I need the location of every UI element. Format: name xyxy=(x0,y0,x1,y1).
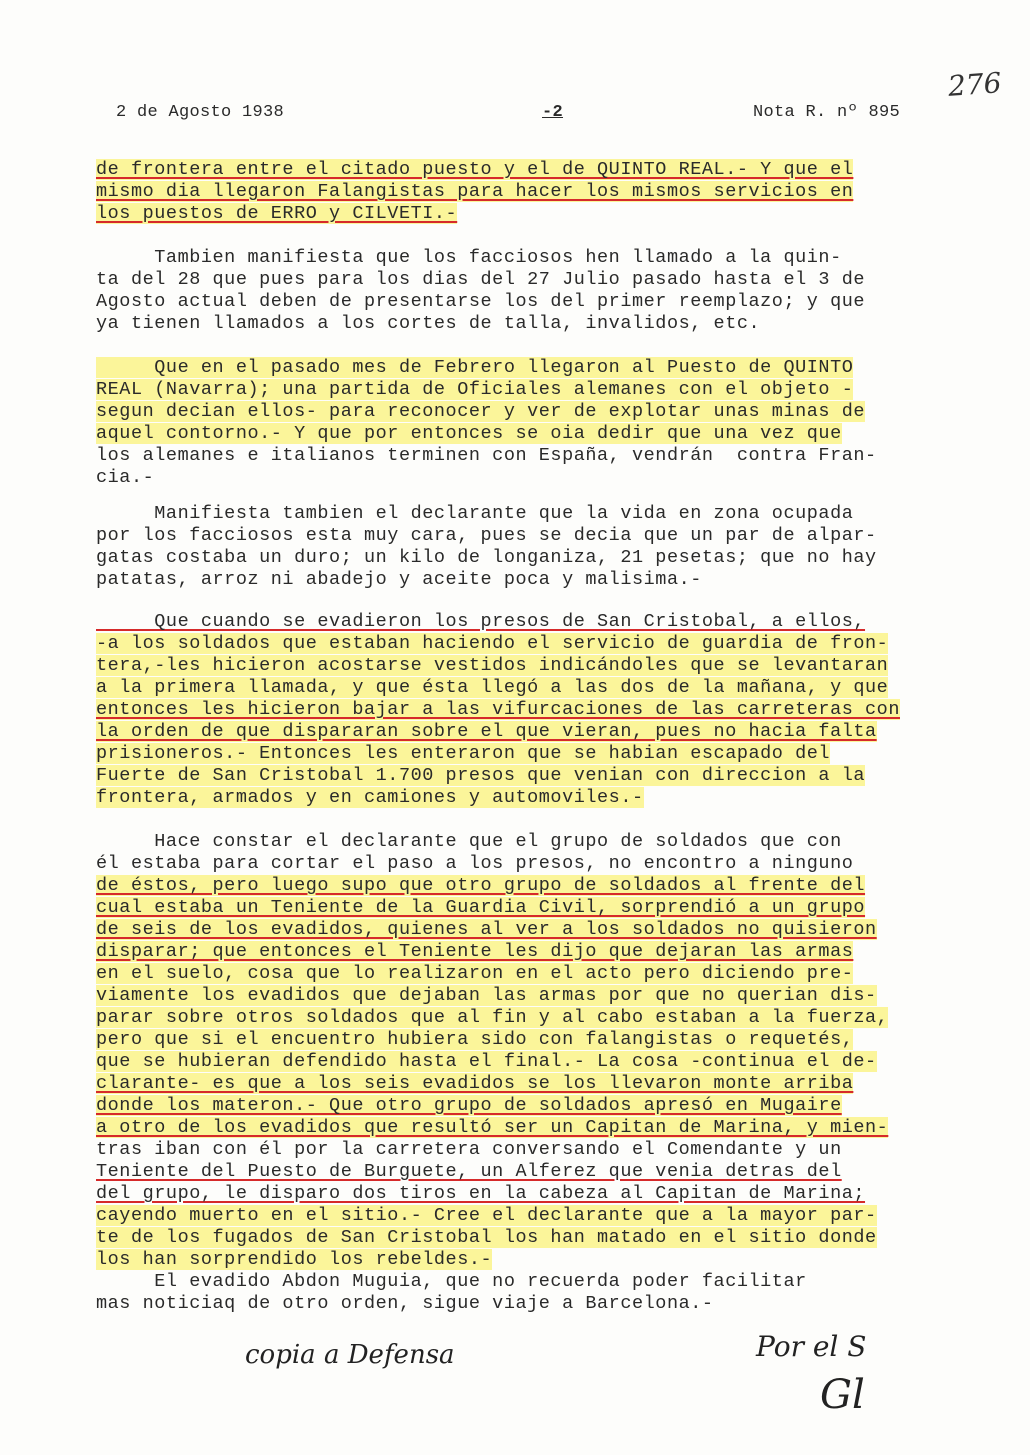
text-line: entonces les hicieron bajar a las vifurc… xyxy=(96,699,900,721)
note-reference: Nota R. nº 895 xyxy=(753,103,900,122)
text-line: Que en el pasado mes de Febrero llegaron… xyxy=(96,357,853,379)
text-line: Manifiesta tambien el declarante que la … xyxy=(96,503,853,525)
text-line: viamente los evadidos que dejaban las ar… xyxy=(96,985,877,1007)
text-line: Hace constar el declarante que el grupo … xyxy=(96,831,842,853)
text-line: disparar; que entonces el Teniente les d… xyxy=(96,941,853,963)
text-line: los alemanes e italianos terminen con Es… xyxy=(96,445,877,467)
text-line: mismo dia llegaron Falangistas para hace… xyxy=(96,181,853,203)
text-line: del grupo, le disparo dos tiros en la ca… xyxy=(96,1183,865,1205)
text-line: ta del 28 que pues para los dias del 27 … xyxy=(96,269,865,291)
text-line: a la primera llamada, y que ésta llegó a… xyxy=(96,677,888,699)
text-line: la orden de que dispararan sobre el que … xyxy=(96,721,877,743)
text-line: los puestos de ERRO y CILVETI.- xyxy=(96,203,457,225)
folio-number: 276 xyxy=(947,66,1003,103)
text-line: Que cuando se evadieron los presos de Sa… xyxy=(96,611,865,633)
text-line: donde los materon.- Que otro grupo de so… xyxy=(96,1095,842,1117)
text-line: Agosto actual deben de presentarse los d… xyxy=(96,291,865,313)
text-line: segun decian ellos- para reconocer y ver… xyxy=(96,401,865,423)
text-line: Teniente del Puesto de Burguete, un Alfe… xyxy=(96,1161,842,1183)
text-line: los han sorprendido los rebeldes.- xyxy=(96,1249,492,1271)
document-date: 2 de Agosto 1938 xyxy=(116,103,284,122)
text-line: de seis de los evadidos, quienes al ver … xyxy=(96,919,877,941)
text-line: ya tienen llamados a los cortes de talla… xyxy=(96,313,760,335)
text-line: El evadido Abdon Muguia, que no recuerda… xyxy=(96,1271,807,1293)
text-line: parar sobre otros soldados que al fin y … xyxy=(96,1007,888,1029)
text-line: de éstos, pero luego supo que otro grupo… xyxy=(96,875,865,897)
text-line: aquel contorno.- Y que por entonces se o… xyxy=(96,423,842,445)
text-line: Tambien manifiesta que los facciosos hen… xyxy=(96,247,842,269)
text-line: frontera, armados y en camiones y automo… xyxy=(96,787,644,809)
text-line: por los facciosos esta muy cara, pues se… xyxy=(96,525,877,547)
page-number: -2 xyxy=(542,103,563,122)
text-line: tras iban con él por la carretera conver… xyxy=(96,1139,842,1161)
text-line: Fuerte de San Cristobal 1.700 presos que… xyxy=(96,765,865,787)
text-line: él estaba para cortar el paso a los pres… xyxy=(96,853,853,875)
text-line: en el suelo, cosa que lo realizaron en e… xyxy=(96,963,853,985)
text-line: tera,-les hicieron acostarse vestidos in… xyxy=(96,655,888,677)
text-line: te de los fugados de San Cristobal los h… xyxy=(96,1227,877,1249)
text-line: patatas, arroz ni abadejo y aceite poca … xyxy=(96,569,702,591)
text-line: cual estaba un Teniente de la Guardia Ci… xyxy=(96,897,865,919)
text-line: -a los soldados que estaban haciendo el … xyxy=(96,633,888,655)
signature: Gl xyxy=(820,1372,865,1418)
text-line: a otro de los evadidos que resultó ser u… xyxy=(96,1117,888,1139)
text-line: cayendo muerto en el sitio.- Cree el dec… xyxy=(96,1205,877,1227)
text-line: gatas costaba un duro; un kilo de longan… xyxy=(96,547,877,569)
text-line: REAL (Navarra); una partida de Oficiales… xyxy=(96,379,853,401)
text-line: clarante- es que a los seis evadidos se … xyxy=(96,1073,853,1095)
text-line: de frontera entre el citado puesto y el … xyxy=(96,159,853,181)
text-line: cia.- xyxy=(96,467,154,489)
text-line: pero que si el encuentro hubiera sido co… xyxy=(96,1029,853,1051)
text-line: que se hubieran defendido hasta el final… xyxy=(96,1051,877,1073)
text-line: mas noticiaq de otro orden, sigue viaje … xyxy=(96,1293,714,1315)
signature-prefix: Por el S xyxy=(756,1330,866,1363)
text-line: prisioneros.- Entonces les enteraron que… xyxy=(96,743,830,765)
handwritten-note-left: copia a Defensa xyxy=(245,1340,455,1370)
